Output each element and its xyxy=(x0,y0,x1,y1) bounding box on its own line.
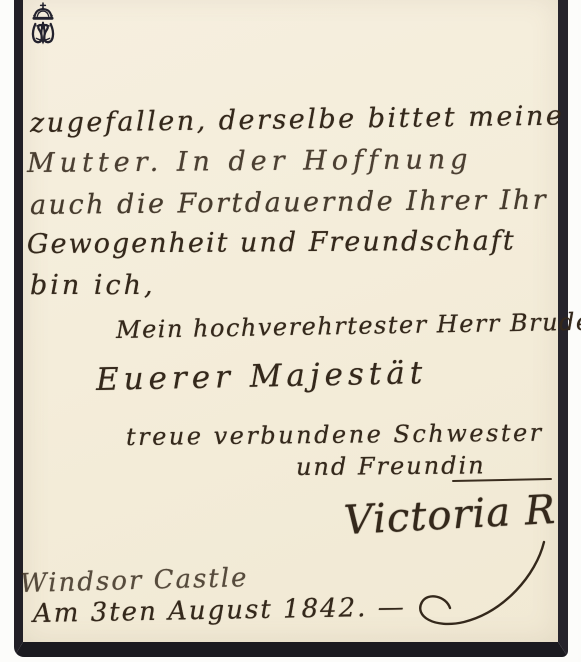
letter-body-line: Gewogenheit und Freundschaft xyxy=(27,226,516,260)
place-line: Windsor Castle xyxy=(20,563,249,599)
signature-flourish xyxy=(386,540,556,640)
letter-body-line: auch die Fortdauernde Ihrer Ihr xyxy=(30,185,548,221)
crowned-royal-cypher-icon xyxy=(27,2,59,46)
letter-body-line: Mutter. In der Hoffnung xyxy=(27,144,473,179)
valediction-line: treue verbundene Schwester xyxy=(126,419,544,451)
valediction-line: und Freundin xyxy=(296,451,486,481)
valediction-line: Euerer Majestät xyxy=(96,355,428,398)
letter-body-line: bin ich, xyxy=(30,270,156,301)
letter-scan: zugefallen, derselbe bittet meine Mutter… xyxy=(0,0,581,662)
